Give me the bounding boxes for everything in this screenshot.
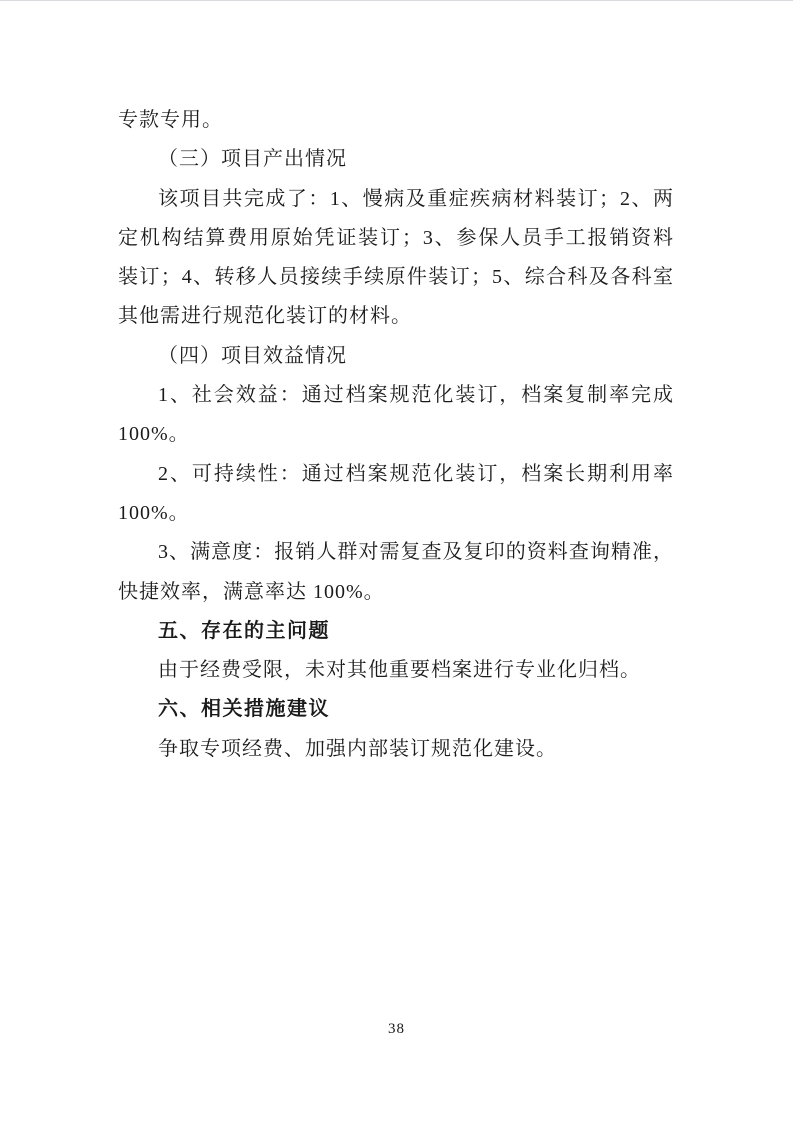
document-page: 专款专用。（三）项目产出情况该项目共完成了：1、慢病及重症疾病材料装订；2、两定… [0, 0, 793, 1122]
para-project-completions-line-1: 该项目共完成了：1、慢病及重症疾病材料装订；2、两 [118, 180, 674, 219]
heading-section-5-main-problems-line-1: 五、存在的主问题 [118, 612, 674, 651]
para-project-completions-line-4: 其他需进行规范化装订的材料。 [118, 297, 674, 336]
para-project-completions-line-3: 装订；4、转移人员接续手续原件装订；5、综合科及各科室 [118, 258, 674, 297]
para-satisfaction-line-2: 快捷效率，满意率达 100%。 [118, 573, 674, 612]
page-footer: 38 [0, 1021, 793, 1038]
para-social-benefit-line-1: 1、社会效益：通过档案规范化装订，档案复制率完成 [118, 376, 674, 415]
document-body: 专款专用。（三）项目产出情况该项目共完成了：1、慢病及重症疾病材料装订；2、两定… [118, 101, 674, 769]
para-sustainability-line-2: 100%。 [118, 494, 674, 533]
para-earmarked-funds-tail-line-1: 专款专用。 [118, 101, 674, 140]
para-sustainability-line-1: 2、可持续性：通过档案规范化装订，档案长期利用率 [118, 455, 674, 494]
para-project-completions-line-2: 定机构结算费用原始凭证装订；3、参保人员手工报销资料 [118, 219, 674, 258]
page-number: 38 [388, 1021, 405, 1037]
para-problem-funding-limit-line-1: 由于经费受限，未对其他重要档案进行专业化归档。 [118, 651, 674, 690]
para-satisfaction-line-1: 3、满意度：报销人群对需复查及复印的资料查询精准， [118, 533, 674, 572]
heading-section-4-project-benefit-line-1: （四）项目效益情况 [118, 337, 674, 376]
para-suggestion-funding-line-1: 争取专项经费、加强内部装订规范化建设。 [118, 730, 674, 769]
para-social-benefit-line-2: 100%。 [118, 415, 674, 454]
heading-section-6-suggestions-line-1: 六、相关措施建议 [118, 690, 674, 729]
heading-section-3-project-output-line-1: （三）项目产出情况 [118, 140, 674, 179]
